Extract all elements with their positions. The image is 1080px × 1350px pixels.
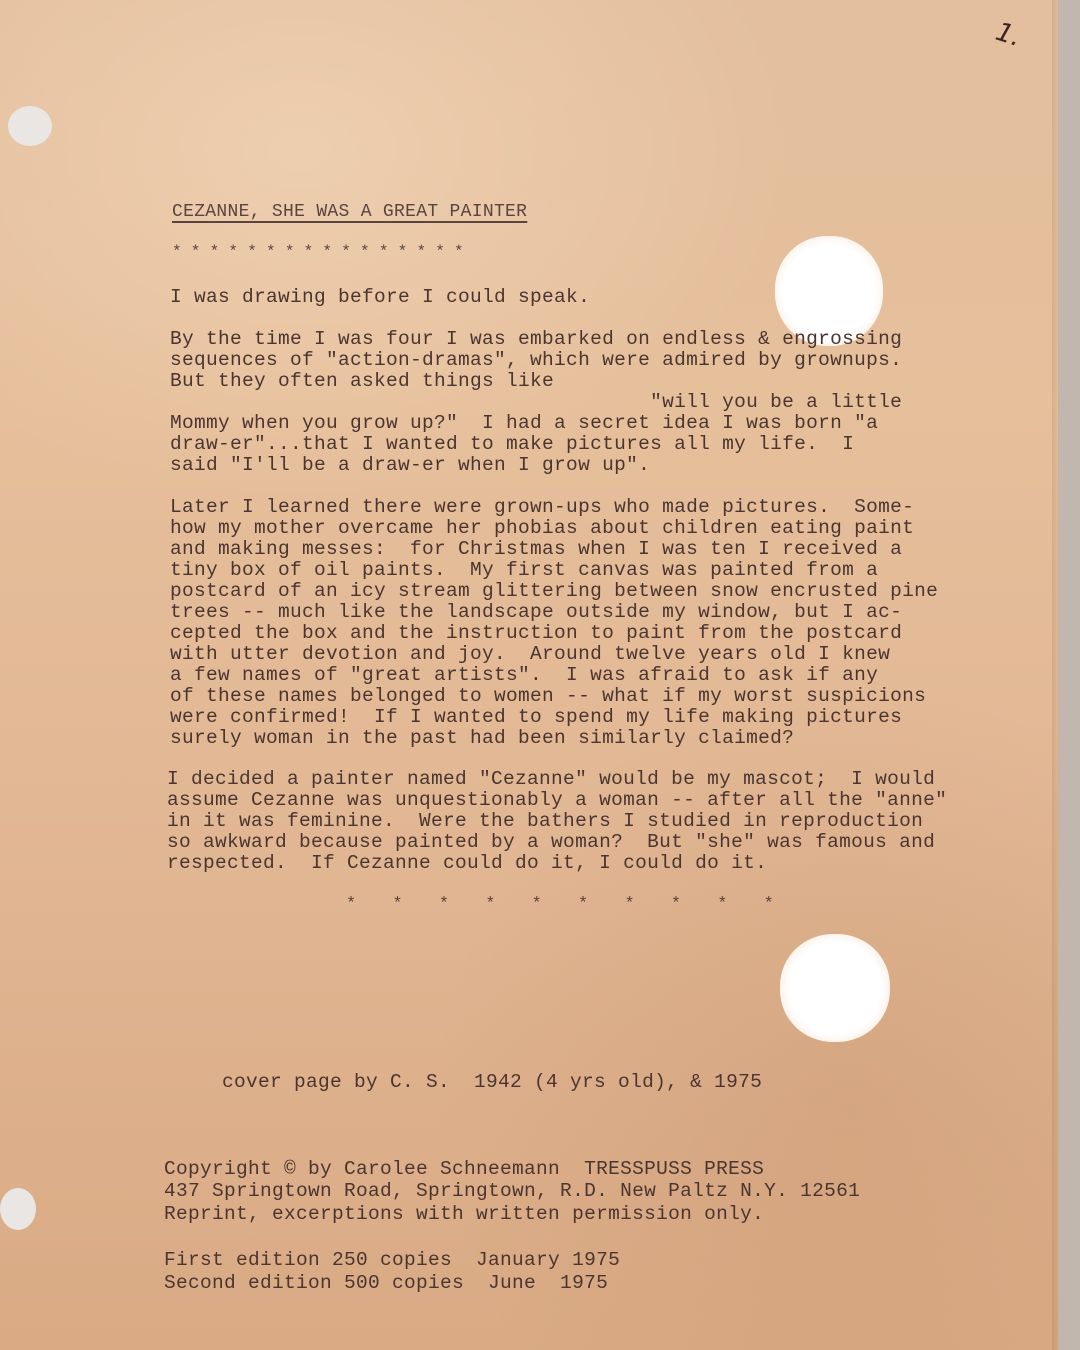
text-line: tiny box of oil paints. My first canvas … [170,560,938,581]
text-line: postcard of an icy stream glittering bet… [170,581,938,602]
text-line: and making messes: for Christmas when I … [170,539,938,560]
text-line: surely woman in the past had been simila… [170,728,938,749]
text-line: I was drawing before I could speak. [170,287,590,308]
text-line: "will you be a little [170,392,902,413]
bottom-separator: * * * * * * * * * * [346,894,775,915]
text-line: Mommy when you grow up?" I had a secret … [170,413,902,434]
address-line: 437 Springtown Road, Springtown, R.D. Ne… [164,1181,860,1202]
paragraph-1: I was drawing before I could speak. [170,287,590,308]
text-line: By the time I was four I was embarked on… [170,329,902,350]
text-line: trees -- much like the landscape outside… [170,602,938,623]
document-title: CEZANNE, SHE WAS A GREAT PAINTER [172,202,527,223]
text-line: how my mother overcame her phobias about… [170,518,938,539]
text-line: sequences of "action-dramas", which were… [170,350,902,371]
text-line: said "I'll be a draw-er when I grow up". [170,455,902,476]
punch-hole-top [8,106,52,146]
cover-credit: cover page by C. S. 1942 (4 yrs old), & … [222,1072,762,1093]
text-line: so awkward because painted by a woman? B… [167,832,947,853]
paragraph-2: By the time I was four I was embarked on… [170,329,902,476]
light-glare-bottom [780,934,890,1042]
copyright-line: Copyright © by Carolee Schneemann TRESSP… [164,1159,764,1180]
punch-hole-bottom [0,1188,36,1230]
text-line: cepted the box and the instruction to pa… [170,623,938,644]
text-line: I decided a painter named "Cezanne" woul… [167,769,947,790]
top-separator: * * * * * * * * * * * * * * * * [172,242,464,263]
paper-edge [1052,0,1060,1350]
text-line: But they often asked things like [170,371,902,392]
text-line: of these names belonged to women -- what… [170,686,938,707]
paragraph-4: I decided a painter named "Cezanne" woul… [167,769,947,874]
text-line: Later I learned there were grown-ups who… [170,497,938,518]
text-line: a few names of "great artists". I was af… [170,665,938,686]
first-edition-line: First edition 250 copies January 1975 [164,1250,620,1271]
second-edition-line: Second edition 500 copies June 1975 [164,1273,608,1294]
text-line: in it was feminine. Were the bathers I s… [167,811,947,832]
text-line: were confirmed! If I wanted to spend my … [170,707,938,728]
text-line: respected. If Cezanne could do it, I cou… [167,853,947,874]
text-line: assume Cezanne was unquestionably a woma… [167,790,947,811]
text-line: draw-er"...that I wanted to make picture… [170,434,902,455]
paragraph-3: Later I learned there were grown-ups who… [170,497,938,749]
text-line: with utter devotion and joy. Around twel… [170,644,938,665]
permission-line: Reprint, excerptions with written permis… [164,1204,764,1225]
